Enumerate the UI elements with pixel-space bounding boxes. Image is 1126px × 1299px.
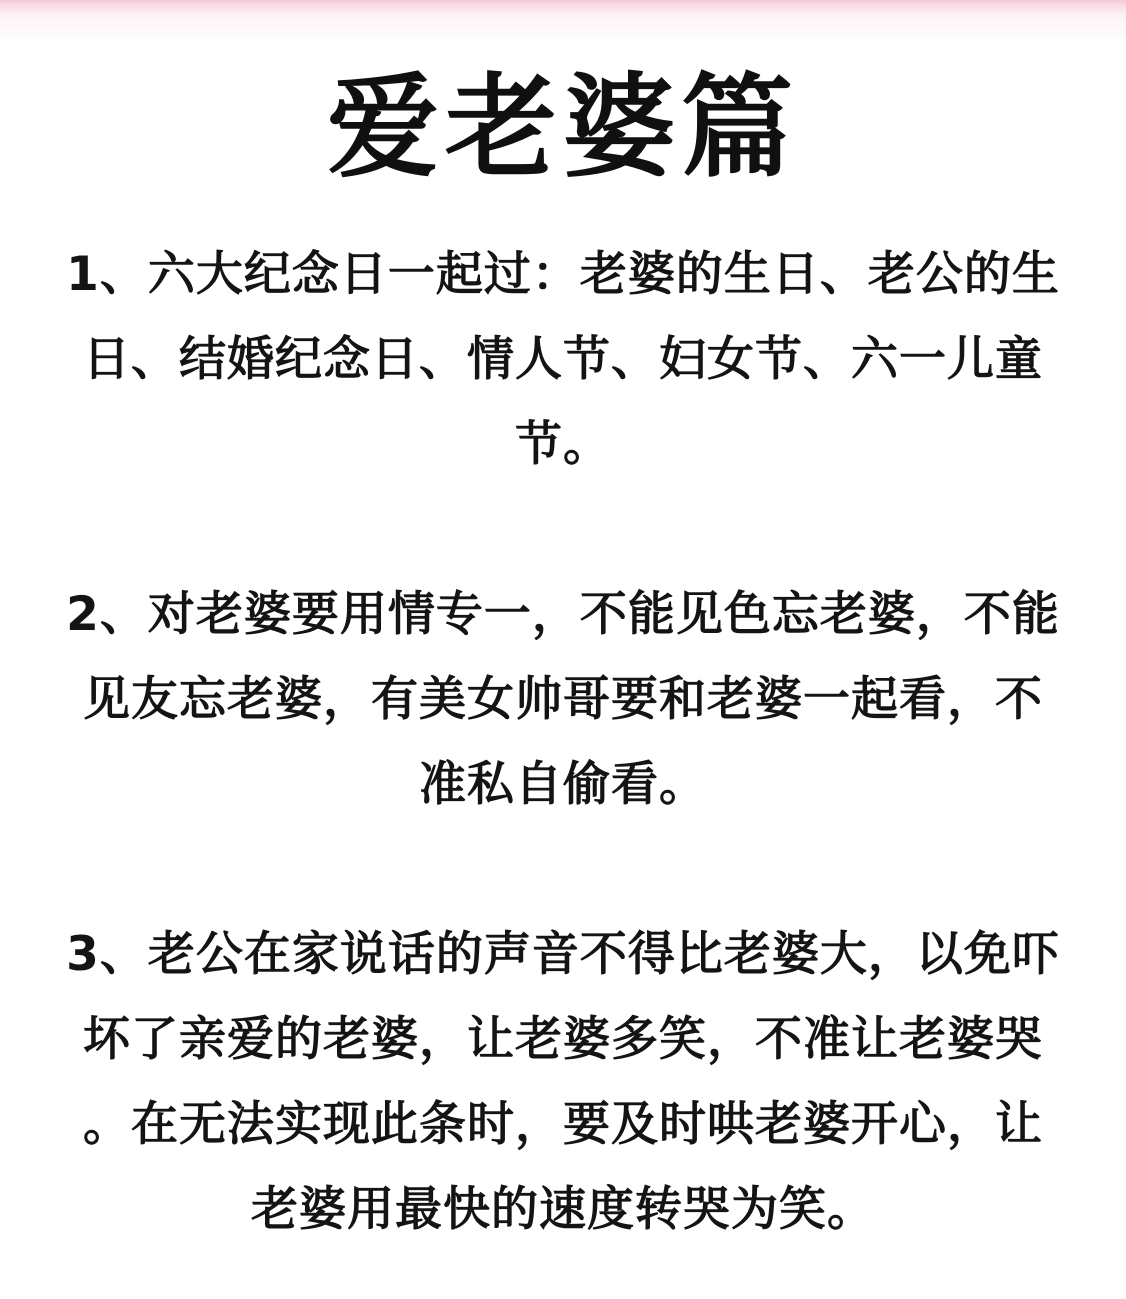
rule-1-line-1: 1、六大纪念日一起过：老婆的生日、老公的生 (0, 232, 1126, 317)
rule-paragraph-2: 2、对老婆要用情专一，不能见色忘老婆，不能 见友忘老婆，有美女帅哥要和老婆一起看… (0, 572, 1126, 827)
rules-list: 1、六大纪念日一起过：老婆的生日、老公的生 日、结婚纪念日、情人节、妇女节、六一… (0, 232, 1126, 1252)
rule-paragraph-3: 3、老公在家说话的声音不得比老婆大，以免吓 坏了亲爱的老婆，让老婆多笑，不准让老… (0, 912, 1126, 1252)
rule-2-line-2: 见友忘老婆，有美女帅哥要和老婆一起看，不 (0, 657, 1126, 742)
rule-2-line-3: 准私自偷看。 (0, 742, 1126, 827)
rule-3-line-2: 坏了亲爱的老婆，让老婆多笑，不准让老婆哭 (0, 997, 1126, 1082)
rule-3-line-3: 。在无法实现此条时，要及时哄老婆开心，让 (0, 1082, 1126, 1167)
document-page: 爱老婆篇 1、六大纪念日一起过：老婆的生日、老公的生 日、结婚纪念日、情人节、妇… (0, 0, 1126, 1299)
rule-paragraph-1: 1、六大纪念日一起过：老婆的生日、老公的生 日、结婚纪念日、情人节、妇女节、六一… (0, 232, 1126, 487)
rule-1-line-3: 节。 (0, 402, 1126, 487)
rule-3-line-1: 3、老公在家说话的声音不得比老婆大，以免吓 (0, 912, 1126, 997)
rule-1-line-2: 日、结婚纪念日、情人节、妇女节、六一儿童 (0, 317, 1126, 402)
top-accent-gradient (0, 0, 1126, 44)
page-title: 爱老婆篇 (0, 58, 1126, 198)
rule-3-line-4: 老婆用最快的速度转哭为笑。 (0, 1167, 1126, 1252)
rule-2-line-1: 2、对老婆要用情专一，不能见色忘老婆，不能 (0, 572, 1126, 657)
